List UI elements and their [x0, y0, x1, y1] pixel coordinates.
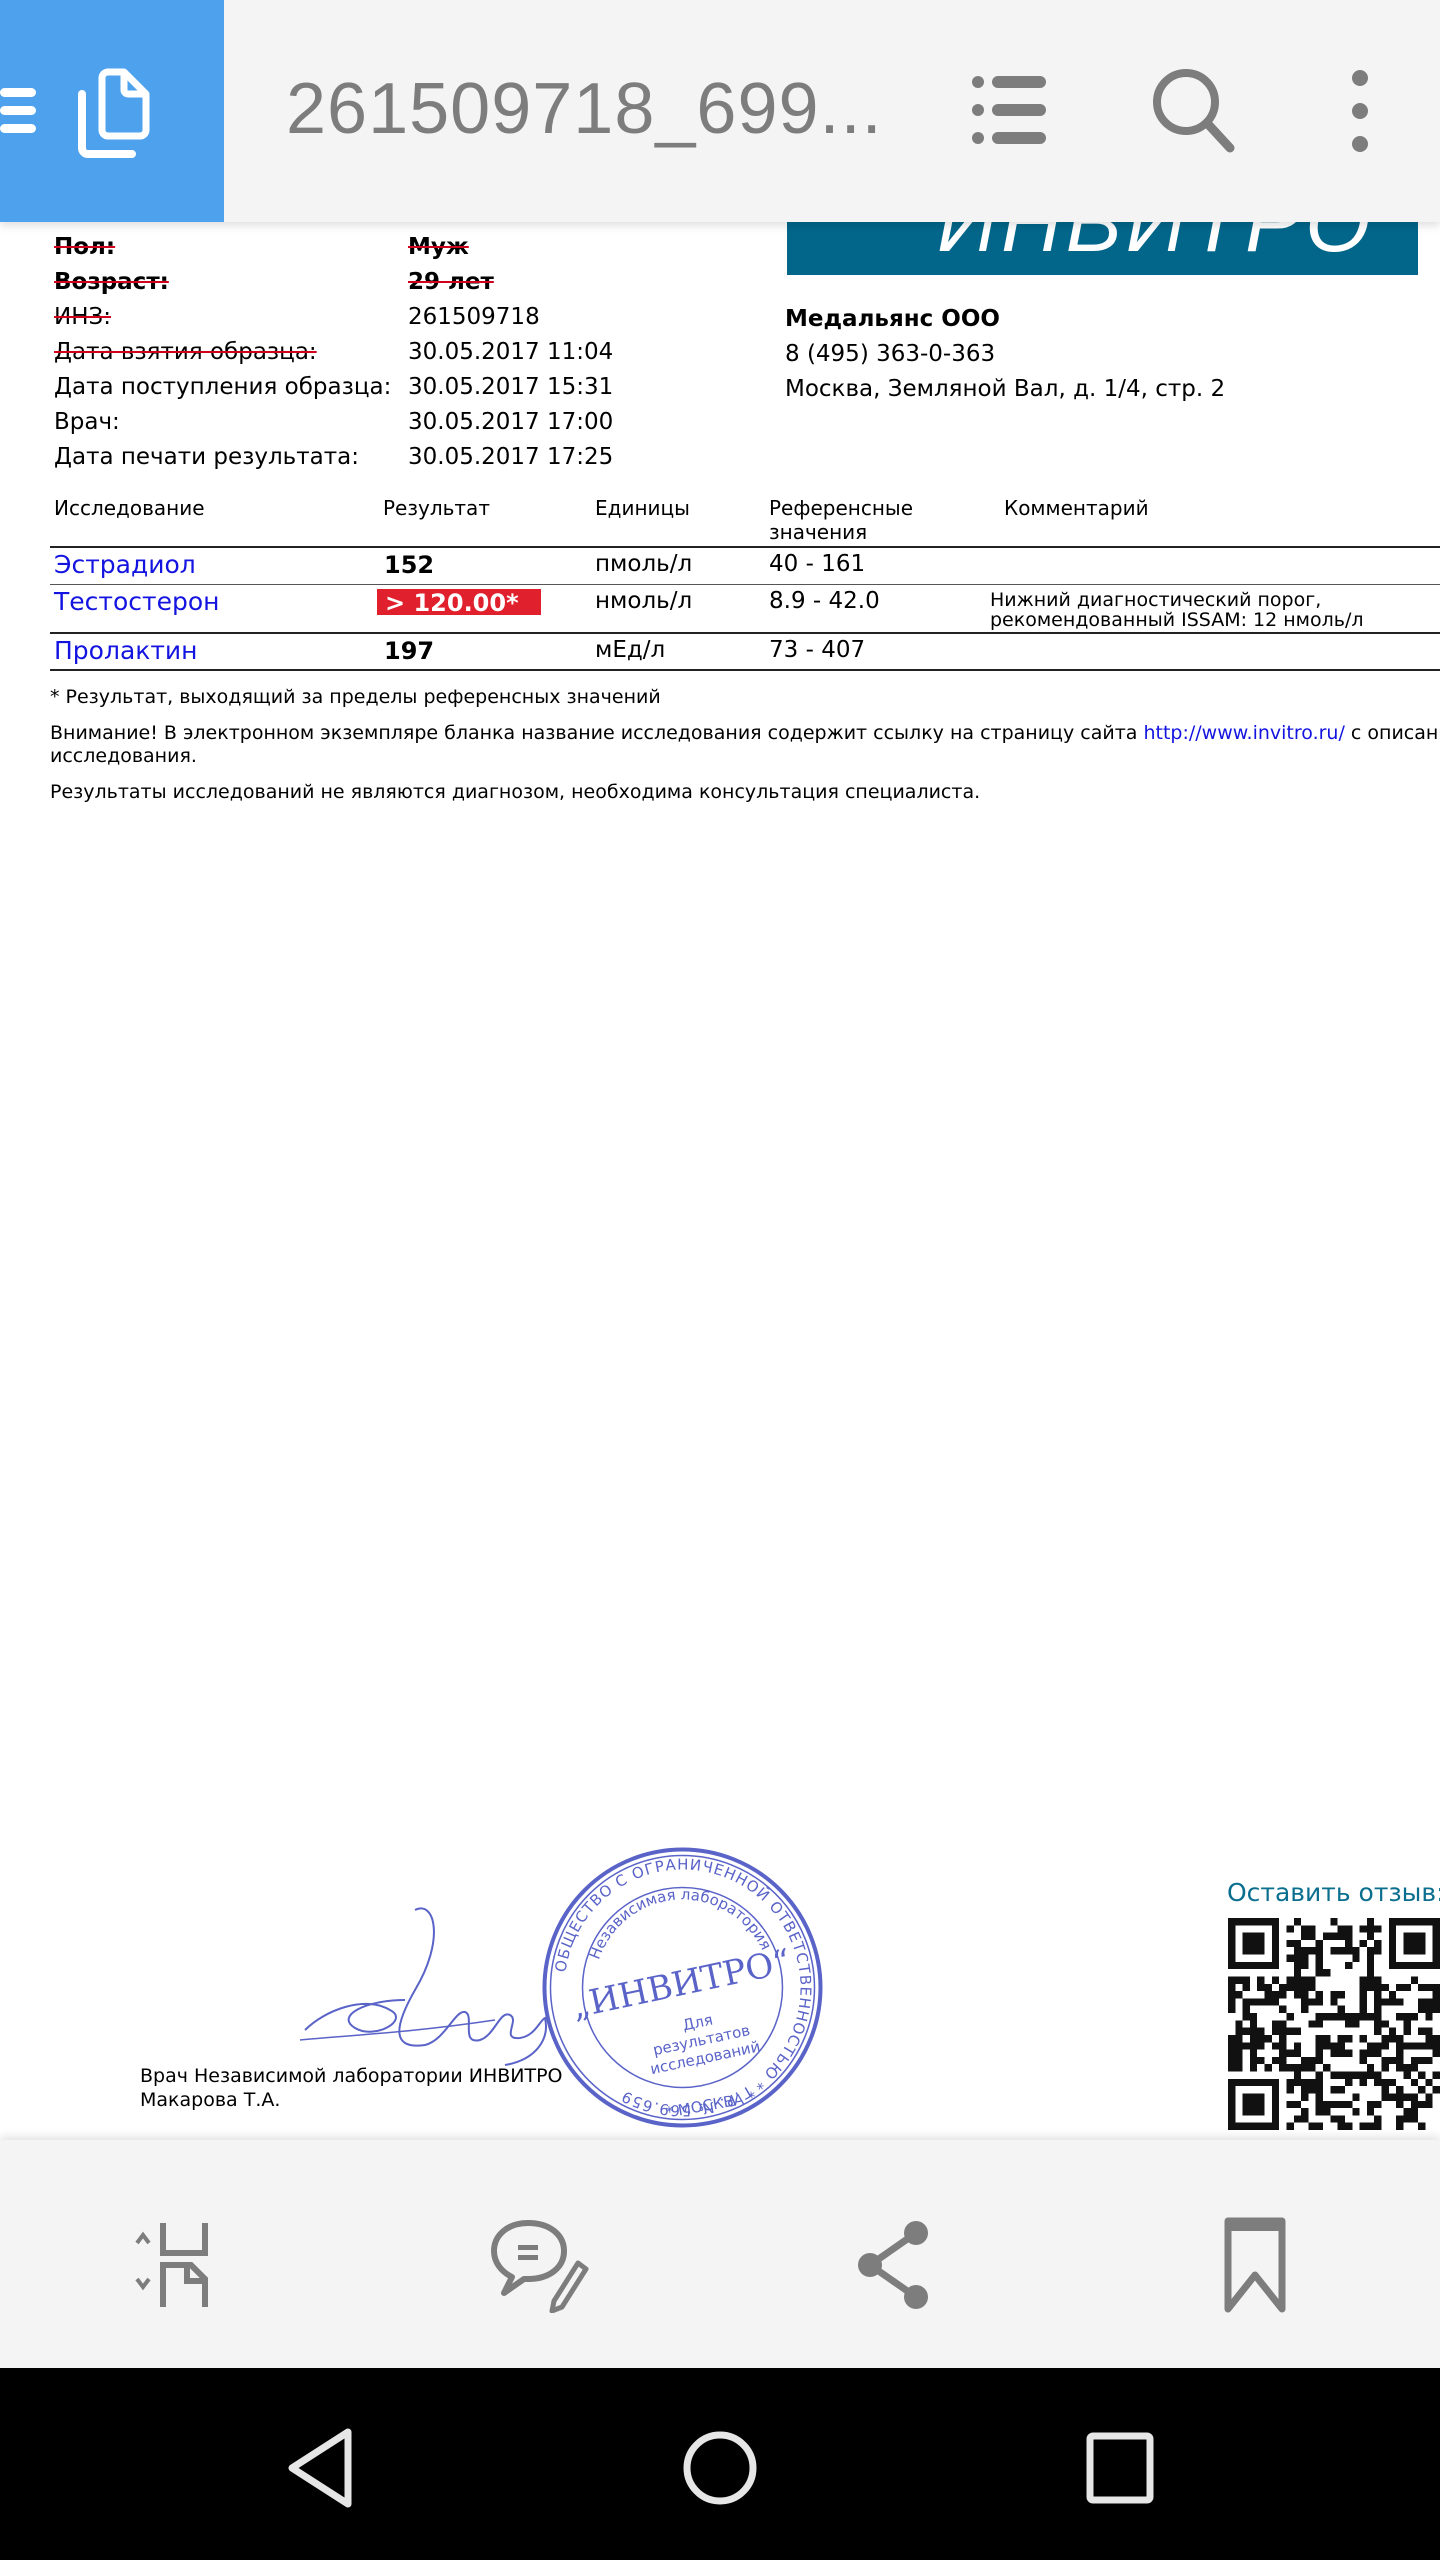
header-reference-2: значения [769, 520, 867, 544]
warning-text: Внимание! В электронном экземпляре бланк… [50, 722, 1143, 744]
table-divider [50, 669, 1440, 671]
bottom-toolbar [0, 2140, 1440, 2368]
receipt-date-label: Дата поступления образца: [54, 374, 391, 400]
print-date-value: 30.05.2017 17:25 [408, 444, 613, 470]
units: мЕд/л [595, 637, 665, 663]
comment-edit-icon [488, 2217, 592, 2313]
navigation-drawer-button[interactable] [0, 0, 224, 222]
clinic-address: Москва, Земляной Вал, д. 1/4, стр. 2 [785, 376, 1225, 402]
age-label: Возраст: [54, 269, 169, 295]
warning-note: Внимание! В электронном экземпляре бланк… [50, 722, 1440, 744]
header-reference: Референсные [769, 496, 913, 520]
annotate-button[interactable] [485, 2210, 595, 2320]
receipt-date-value: 30.05.2017 15:31 [408, 374, 613, 400]
share-button[interactable] [840, 2210, 950, 2320]
inz-value: 261509718 [408, 304, 540, 330]
more-vert-icon[interactable] [1335, 66, 1385, 156]
table-divider [50, 632, 1440, 634]
units: нмоль/л [595, 588, 692, 614]
lab-stamp: ОБЩЕСТВО С ОГРАНИЧЕННОЙ ОТВЕТСТВЕННОСТЬЮ… [540, 1845, 825, 2130]
invitro-logo: ИНВИТРО [787, 222, 1418, 275]
table-divider [50, 546, 1440, 548]
reflow-icon [127, 2217, 223, 2313]
search-icon[interactable] [1150, 66, 1240, 156]
invitro-link[interactable]: http://www.invitro.ru/ [1143, 722, 1344, 744]
list-icon[interactable] [970, 70, 1050, 150]
header-units: Единицы [595, 496, 690, 520]
disclaimer: Результаты исследований не являются диаг… [50, 781, 980, 803]
asterisk-note: * Результат, выходящий за пределы рефере… [50, 686, 661, 708]
test-link-prolactin[interactable]: Пролактин [54, 636, 198, 665]
clinic-phone: 8 (495) 363-0-363 [785, 341, 995, 367]
reflow-button[interactable] [120, 2210, 230, 2320]
header-result: Результат [383, 496, 490, 520]
table-divider [50, 584, 1440, 585]
comment-line-1: Нижний диагностический порог, [990, 590, 1321, 610]
age-value: 29 лет [408, 269, 494, 295]
header-test: Исследование [54, 496, 205, 520]
system-navigation-bar [0, 2368, 1440, 2560]
doctor-title: Врач Независимой лаборатории ИНВИТРО [140, 2064, 563, 2088]
doctor-signature [295, 1900, 555, 2070]
print-date-label: Дата печати результата: [54, 444, 359, 470]
comment-line-2: рекомендованный ISSAM: 12 нмоль/л [990, 610, 1364, 630]
recents-icon[interactable] [1070, 2418, 1170, 2518]
sex-value: Муж [408, 234, 469, 260]
share-icon [850, 2217, 940, 2313]
signature-caption: Врач Независимой лаборатории ИНВИТРО Мак… [140, 2064, 563, 2112]
header-comment: Комментарий [1004, 496, 1149, 520]
warning-text-end: с описанием [1345, 722, 1440, 744]
logo-text: ИНВИТРО [937, 222, 1375, 271]
doctor-value: 30.05.2017 17:00 [408, 409, 613, 435]
feedback-qr-code[interactable] [1228, 1918, 1440, 2130]
bookmark-icon [1220, 2215, 1290, 2315]
doctor-name: Макарова Т.А. [140, 2088, 563, 2112]
clinic-name: Медальянс ООО [785, 306, 1000, 332]
sex-label: Пол: [54, 234, 115, 260]
back-icon[interactable] [270, 2418, 370, 2518]
home-icon[interactable] [670, 2418, 770, 2518]
feedback-label: Оставить отзыв: [1227, 1878, 1440, 1907]
inz-label: ИНЗ: [54, 304, 111, 330]
menu-icon[interactable] [0, 88, 36, 134]
reference-range: 8.9 - 42.0 [769, 588, 880, 614]
reference-range: 73 - 407 [769, 637, 865, 663]
reference-range: 40 - 161 [769, 551, 865, 577]
test-link-testosterone[interactable]: Тестостерон [54, 587, 219, 616]
document-title: 261509718_699... [286, 68, 883, 150]
units: пмоль/л [595, 551, 692, 577]
app-bar: 261509718_699... [0, 0, 1440, 222]
result-value-flagged: > 120.00* [377, 589, 541, 615]
test-link-estradiol[interactable]: Эстрадиол [54, 550, 196, 579]
result-value: 152 [384, 551, 434, 579]
result-value: 197 [384, 637, 434, 665]
sample-date-value: 30.05.2017 11:04 [408, 339, 613, 365]
bookmark-button[interactable] [1200, 2210, 1310, 2320]
doctor-label: Врач: [54, 409, 120, 435]
documents-icon[interactable] [74, 68, 154, 158]
warning-note-line-2: исследования. [50, 745, 197, 767]
sample-date-label: Дата взятия образца: [54, 339, 317, 365]
